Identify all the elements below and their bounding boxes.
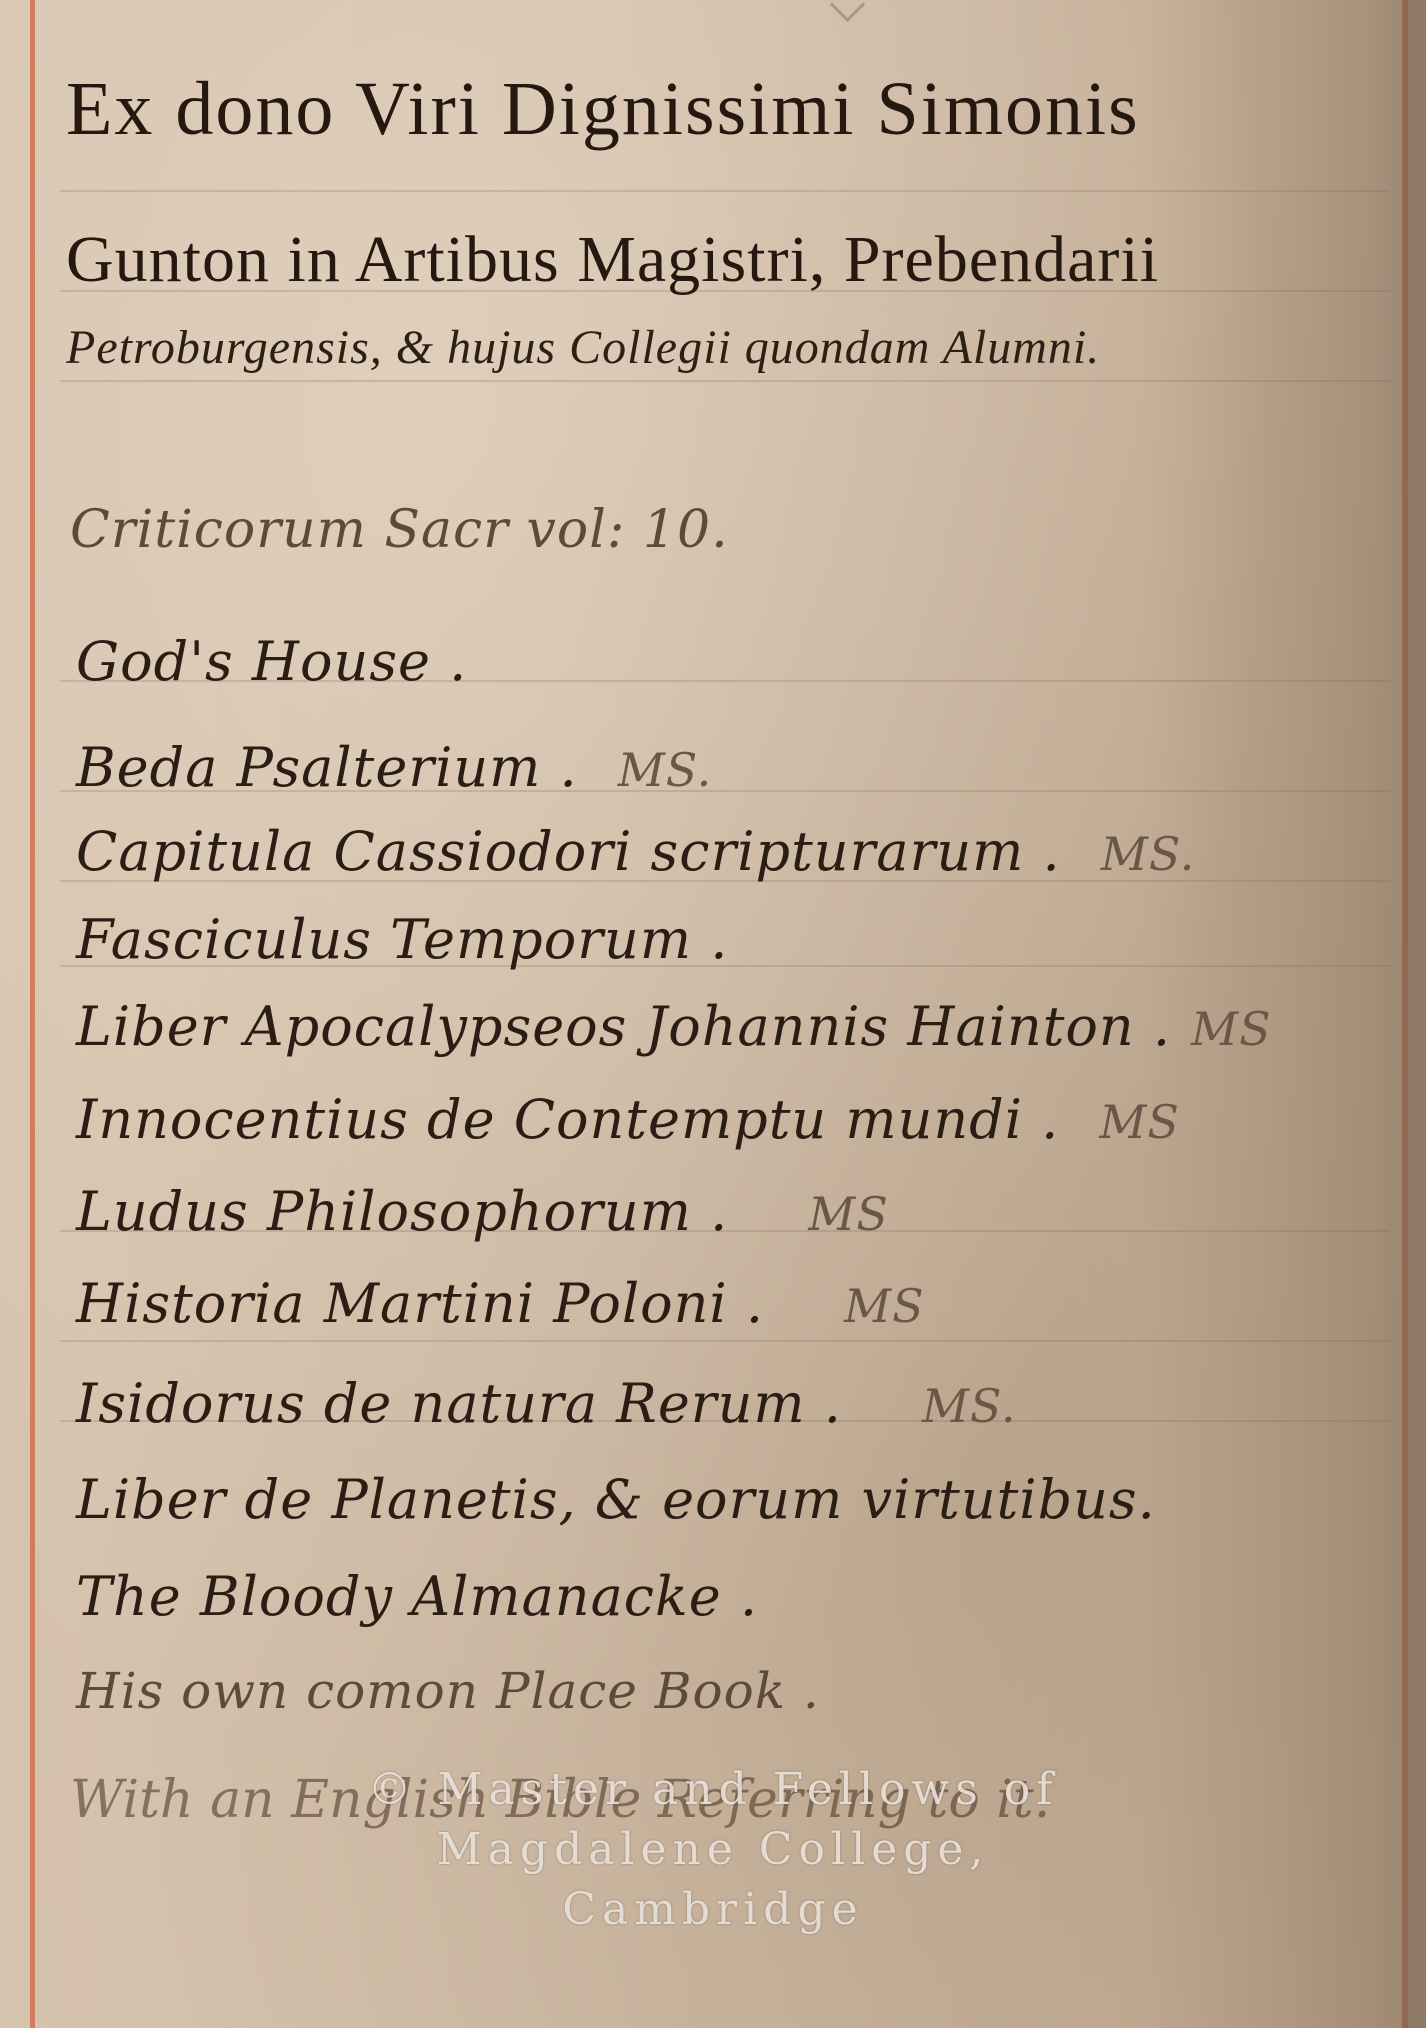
manuscript-note: MS <box>1099 1095 1180 1149</box>
entry-title: Ludus Philosophorum . <box>76 1180 728 1243</box>
list-item: Beda Psalterium .MS. <box>76 736 712 799</box>
list-item: Liber de Planetis, & eorum virtutibus. <box>76 1468 1156 1531</box>
watermark-line-1: © Master and Fellows of <box>0 1760 1426 1820</box>
entry-title: Fasciculus Temporum . <box>76 908 728 971</box>
ruled-line <box>60 190 1390 192</box>
entry-title: His own comon Place Book . <box>76 1662 820 1720</box>
list-item: Criticorum Sacr vol: 10. <box>70 500 729 560</box>
entry-title: Historia Martini Poloni . <box>76 1272 764 1335</box>
entry-title: Isidorus de natura Rerum . <box>76 1372 842 1435</box>
copyright-watermark: © Master and Fellows of Magdalene Colleg… <box>0 1760 1426 1940</box>
entry-title: God's House . <box>76 630 467 693</box>
ruled-line <box>60 1340 1390 1342</box>
page-edge <box>1408 0 1426 2028</box>
entry-title: Capitula Cassiodori scripturarum . <box>76 820 1061 883</box>
entry-title: Beda Psalterium . <box>76 736 578 799</box>
list-item: Historia Martini Poloni .MS <box>76 1272 925 1335</box>
manuscript-note: MS. <box>1101 827 1196 881</box>
entry-title: Criticorum Sacr vol: 10. <box>70 500 729 560</box>
manuscript-note: MS <box>808 1187 889 1241</box>
list-item: Isidorus de natura Rerum .MS. <box>76 1372 1017 1435</box>
manuscript-page: Ex dono Viri Dignissimi Simonis Gunton i… <box>0 0 1426 2028</box>
ink-mark <box>830 0 865 22</box>
manuscript-note: MS. <box>618 743 713 797</box>
ruled-line <box>60 380 1390 382</box>
watermark-line-3: Cambridge <box>0 1880 1426 1940</box>
left-margin-rule <box>30 0 35 2028</box>
donation-heading-line-3: Petroburgensis, & hujus Collegii quondam… <box>66 320 1100 375</box>
manuscript-note: MS. <box>922 1379 1017 1433</box>
donation-heading-line-2: Gunton in Artibus Magistri, Prebendarii <box>66 222 1159 298</box>
entry-title: The Bloody Almanacke . <box>76 1565 758 1628</box>
list-item: The Bloody Almanacke . <box>76 1565 758 1628</box>
manuscript-note: MS <box>1191 1002 1272 1056</box>
manuscript-note: MS <box>844 1279 925 1333</box>
list-item: Ludus Philosophorum .MS <box>76 1180 889 1243</box>
list-item: Capitula Cassiodori scripturarum .MS. <box>76 820 1195 883</box>
list-item: Liber Apocalypseos Johannis Hainton .MS <box>76 995 1272 1058</box>
entry-title: Liber de Planetis, & eorum virtutibus. <box>76 1468 1156 1531</box>
donation-heading-line-1: Ex dono Viri Dignissimi Simonis <box>66 66 1140 153</box>
list-item: His own comon Place Book . <box>76 1662 820 1720</box>
list-item: Fasciculus Temporum . <box>76 908 728 971</box>
list-item: God's House . <box>76 630 467 693</box>
entry-title: Innocentius de Contemptu mundi . <box>76 1088 1059 1151</box>
entry-title: Liber Apocalypseos Johannis Hainton . <box>76 995 1171 1058</box>
watermark-line-2: Magdalene College, <box>0 1820 1426 1880</box>
list-item: Innocentius de Contemptu mundi .MS <box>76 1088 1180 1151</box>
